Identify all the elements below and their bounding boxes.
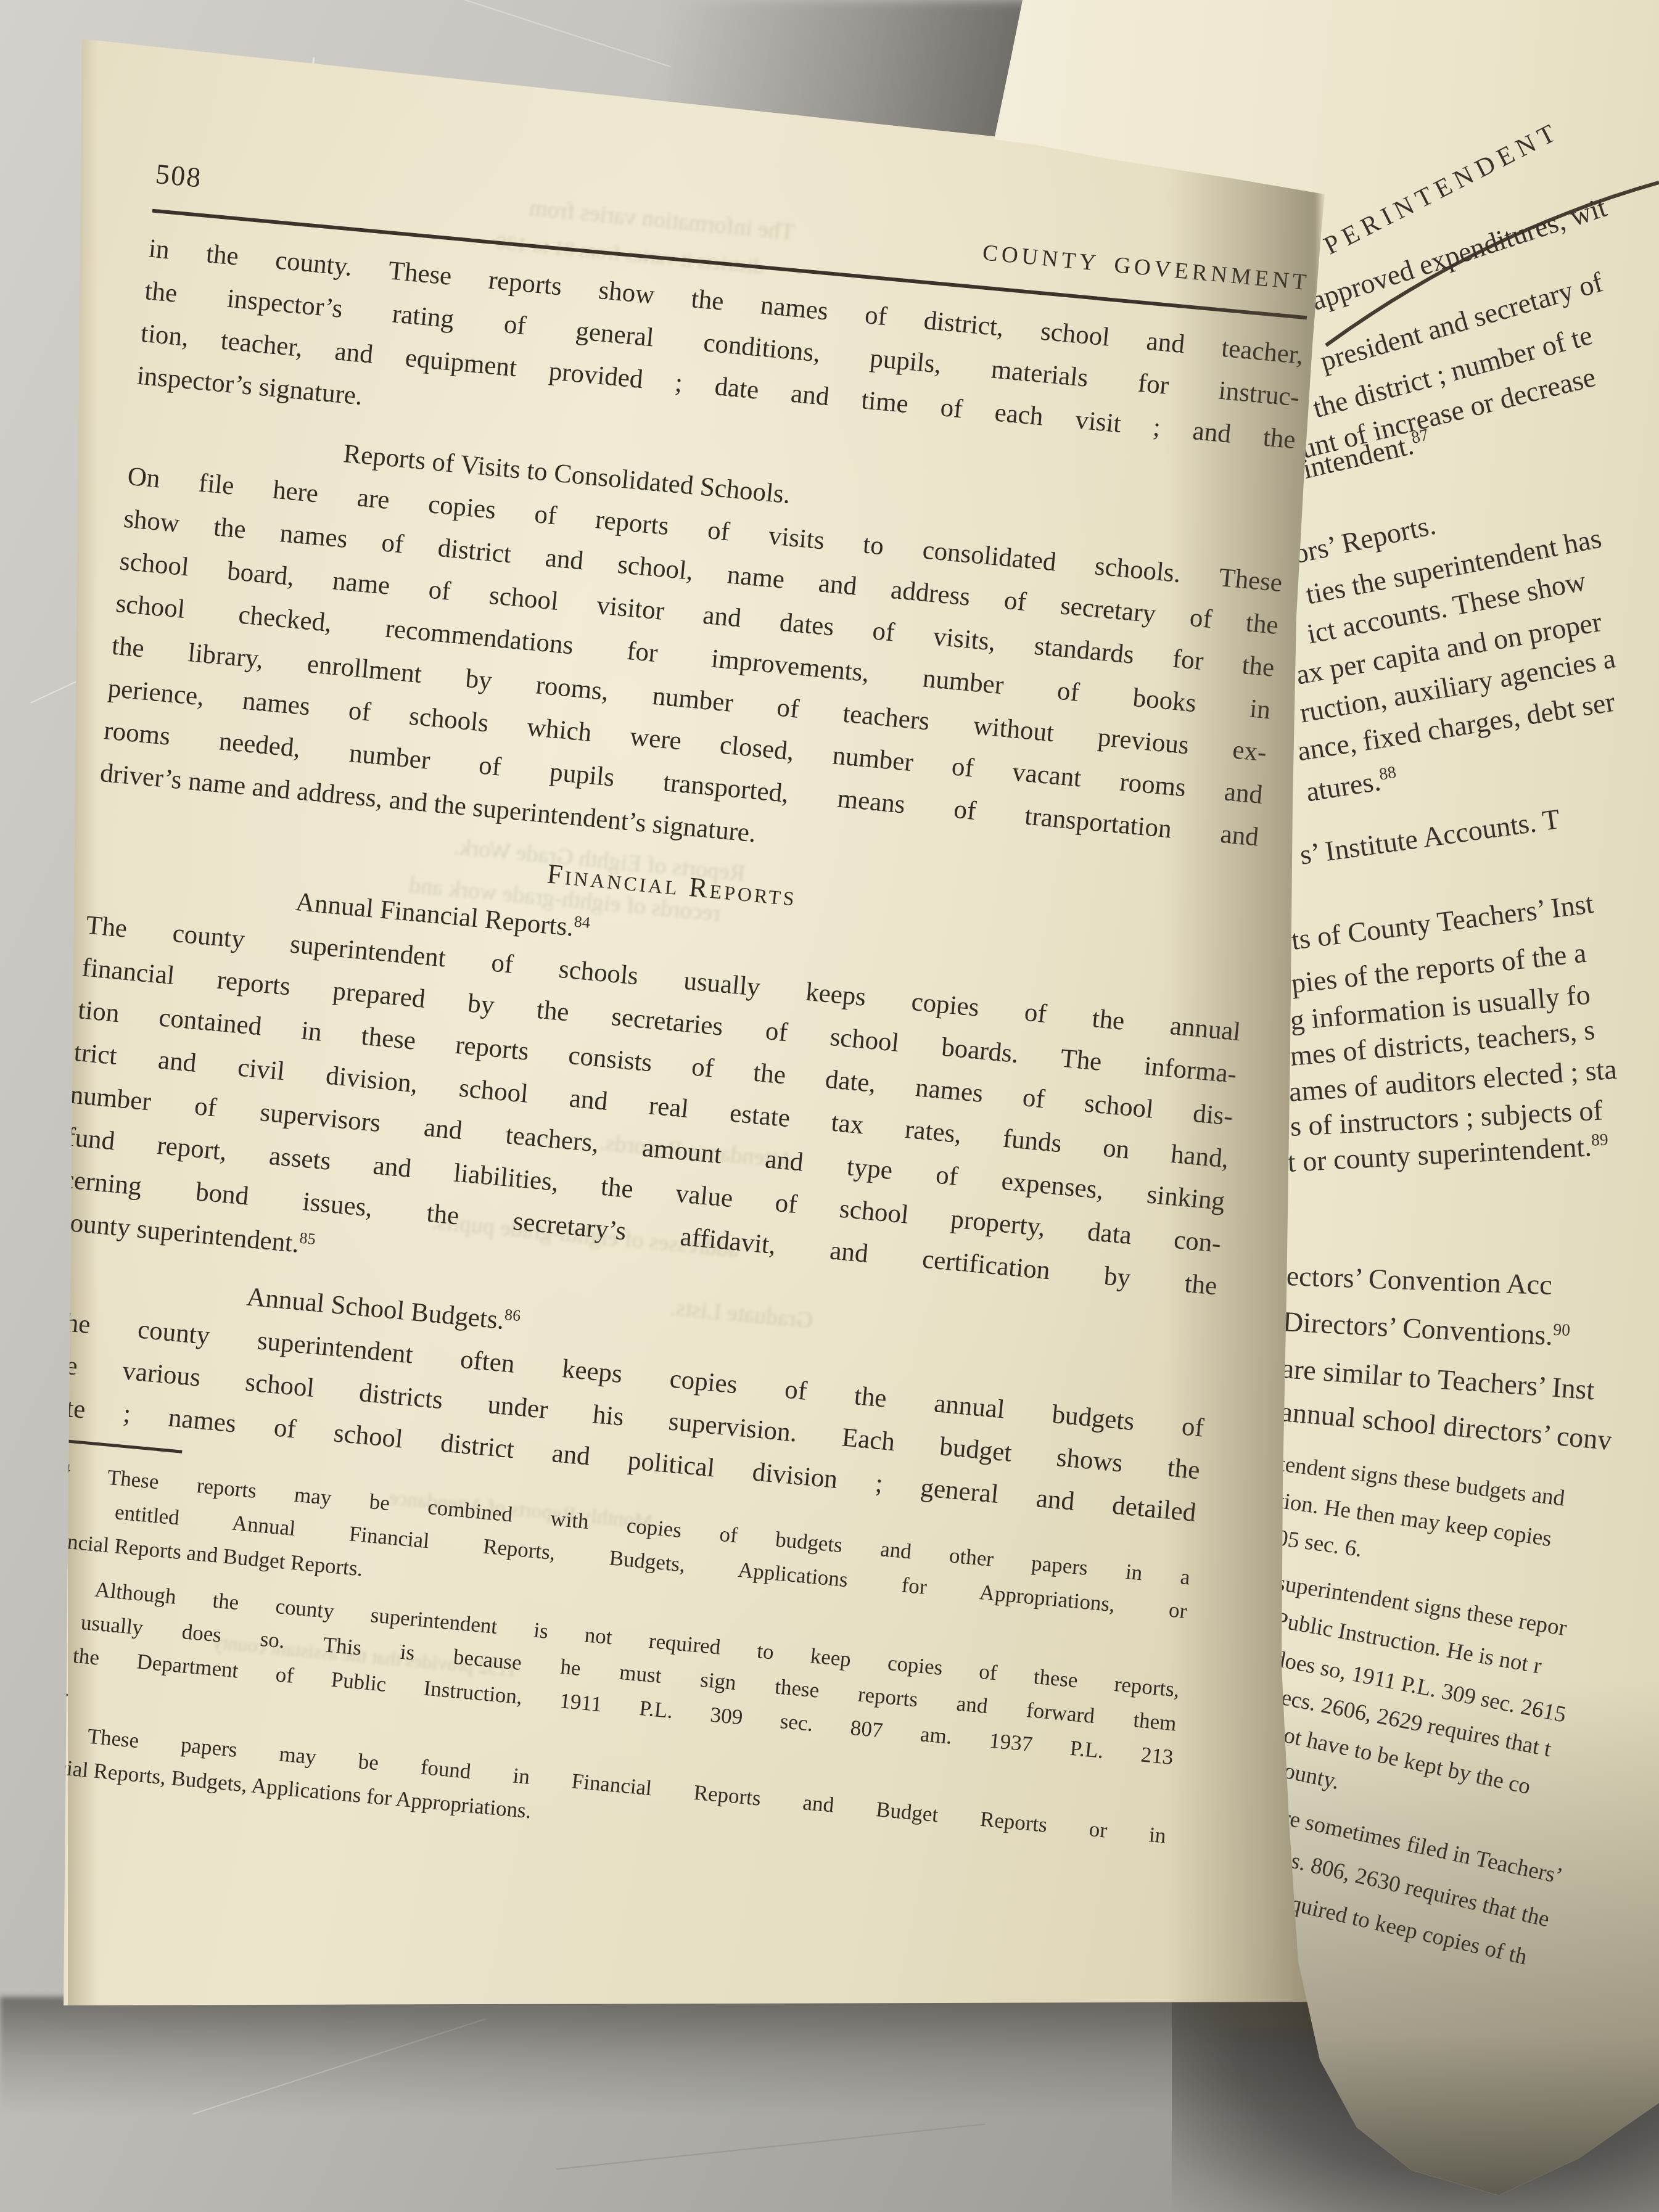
rotated-text-fragment: s’ Institute Accounts. T bbox=[1298, 802, 1562, 871]
page-number: 508 bbox=[154, 157, 204, 194]
table-scratch bbox=[377, 0, 671, 67]
table-scratch bbox=[556, 2123, 986, 2169]
rotated-text-fragment: Directors’ Conventions.90 bbox=[1282, 1305, 1571, 1352]
text-blocks: in the county. These reports show the na… bbox=[7, 228, 1305, 1887]
rotated-text-fragment: ectors’ Convention Acc bbox=[1286, 1259, 1553, 1301]
rotated-text-fragment: atures.88 bbox=[1304, 762, 1399, 808]
book-photo-scene: The information varies fromdistricts it … bbox=[0, 0, 1659, 2212]
left-page-text-column: 508 COUNTY GOVERNMENT in the county. The… bbox=[7, 157, 1312, 1886]
rotated-text-fragment: 05 sec. 6. bbox=[1275, 1524, 1364, 1563]
rotated-text-fragment: annual school directors’ conv bbox=[1279, 1395, 1613, 1457]
footnote-rule bbox=[42, 1437, 182, 1453]
rotated-text-fragment: are similar to Teachers’ Inst bbox=[1280, 1352, 1595, 1406]
